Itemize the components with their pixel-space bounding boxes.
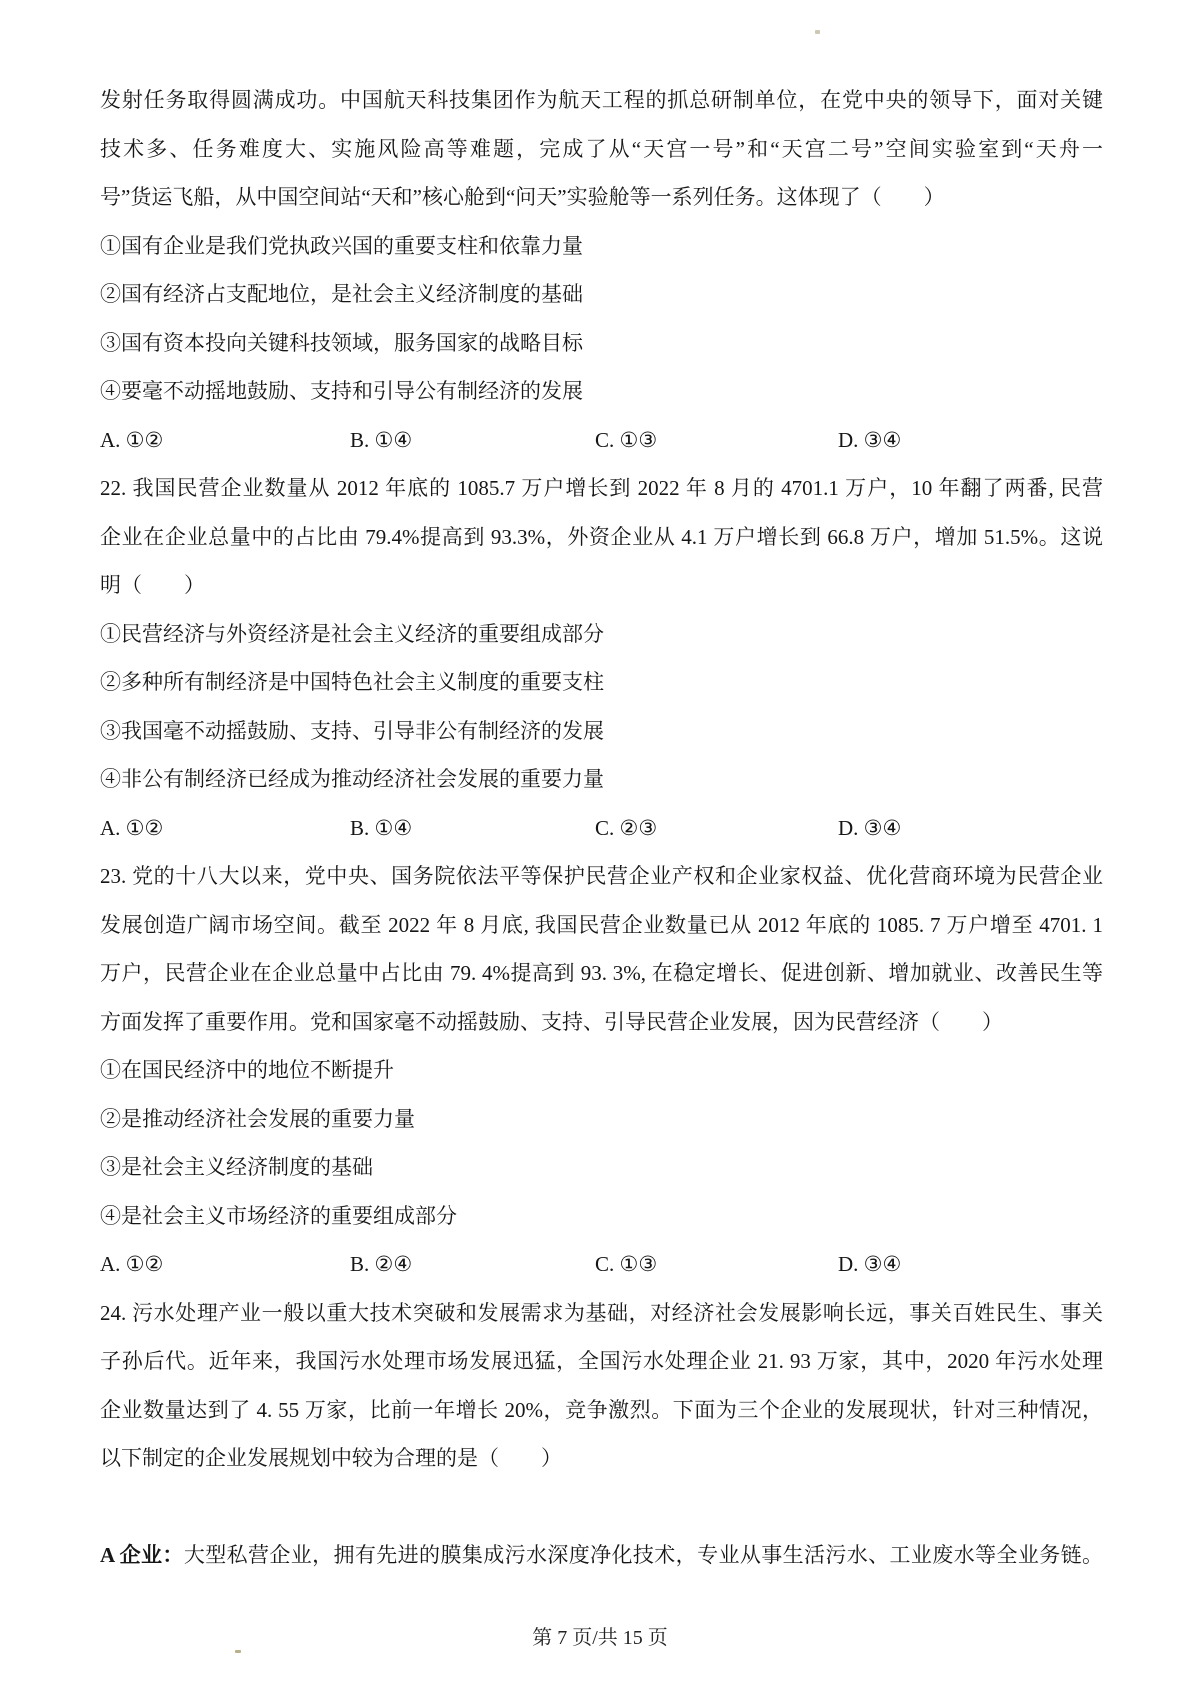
- q23-stem-line: 23. 党的十八大以来，党中央、国务院依法平等保护民营企业产权和企业家权益、优化…: [100, 852, 1103, 901]
- q21-choice-d: D. ③④: [838, 416, 1103, 465]
- q24-stem-line: 子孙后代。近年来，我国污水处理市场发展迅猛，全国污水处理企业 21. 93 万家…: [100, 1337, 1103, 1386]
- q23-option-1: ①在国民经济中的地位不断提升: [100, 1046, 1103, 1095]
- q21-option-1: ①国有企业是我们党执政兴国的重要支柱和依靠力量: [100, 222, 1103, 271]
- q21-choice-c: C. ①③: [595, 416, 838, 465]
- q23-choice-d: D. ③④: [838, 1240, 1103, 1289]
- q22-stem-line: 22. 我国民营企业数量从 2012 年底的 1085.7 万户增长到 2022…: [100, 464, 1103, 513]
- page-footer: 第 7 页/共 15 页: [0, 1616, 1200, 1660]
- exam-page: 发射任务取得圆满成功。中国航天科技集团作为航天工程的抓总研制单位，在党中央的领导…: [0, 0, 1200, 1698]
- q21-option-3: ③国有资本投向关键科技领域，服务国家的战略目标: [100, 319, 1103, 368]
- q21-stem-line: 发射任务取得圆满成功。中国航天科技集团作为航天工程的抓总研制单位，在党中央的领导…: [100, 76, 1103, 125]
- q21-stem-line: 技术多、任务难度大、实施风险高等难题，完成了从“天宫一号”和“天宫二号”空间实验…: [100, 125, 1103, 174]
- q21-choice-a: A. ①②: [100, 416, 350, 465]
- q23-stem-line: 方面发挥了重要作用。党和国家毫不动摇鼓励、支持、引导民营企业发展，因为民营经济（…: [100, 998, 1103, 1047]
- scan-speck: [815, 30, 820, 34]
- document-body: 发射任务取得圆满成功。中国航天科技集团作为航天工程的抓总研制单位，在党中央的领导…: [100, 76, 1103, 1580]
- q22-option-1: ①民营经济与外资经济是社会主义经济的重要组成部分: [100, 610, 1103, 659]
- q22-option-2: ②多种所有制经济是中国特色社会主义制度的重要支柱: [100, 658, 1103, 707]
- q21-option-4: ④要毫不动摇地鼓励、支持和引导公有制经济的发展: [100, 367, 1103, 416]
- q23-choices-row: A. ①② B. ②④ C. ①③ D. ③④: [100, 1240, 1103, 1289]
- q22-option-4: ④非公有制经济已经成为推动经济社会发展的重要力量: [100, 755, 1103, 804]
- q21-choices-row: A. ①② B. ①④ C. ①③ D. ③④: [100, 416, 1103, 465]
- q22-stem-line: 明（ ）: [100, 561, 1103, 610]
- q23-choice-a: A. ①②: [100, 1240, 350, 1289]
- q21-choice-b: B. ①④: [350, 416, 595, 465]
- q22-choice-b: B. ①④: [350, 804, 595, 853]
- q22-stem-line: 企业在企业总量中的占比由 79.4%提高到 93.3%，外资企业从 4.1 万户…: [100, 513, 1103, 562]
- q23-option-2: ②是推动经济社会发展的重要力量: [100, 1095, 1103, 1144]
- q24-stem-line: 24. 污水处理产业一般以重大技术突破和发展需求为基础，对经济社会发展影响长远，…: [100, 1289, 1103, 1338]
- q22-choice-a: A. ①②: [100, 804, 350, 853]
- q23-stem-line: 万户，民营企业在企业总量中占比由 79. 4%提高到 93. 3%, 在稳定增长…: [100, 949, 1103, 998]
- blank-line: [100, 1483, 1103, 1532]
- q22-choice-d: D. ③④: [838, 804, 1103, 853]
- company-a-label: A 企业：: [100, 1543, 184, 1567]
- q23-option-3: ③是社会主义经济制度的基础: [100, 1143, 1103, 1192]
- q23-option-4: ④是社会主义市场经济的重要组成部分: [100, 1192, 1103, 1241]
- q21-stem-line: 号”货运飞船，从中国空间站“天和”核心舱到“问天”实验舱等一系列任务。这体现了（…: [100, 173, 1103, 222]
- q22-choices-row: A. ①② B. ①④ C. ②③ D. ③④: [100, 804, 1103, 853]
- q22-option-3: ③我国毫不动摇鼓励、支持、引导非公有制经济的发展: [100, 707, 1103, 756]
- q23-stem-line: 发展创造广阔市场空间。截至 2022 年 8 月底, 我国民营企业数量已从 20…: [100, 901, 1103, 950]
- q21-option-2: ②国有经济占支配地位，是社会主义经济制度的基础: [100, 270, 1103, 319]
- q23-choice-c: C. ①③: [595, 1240, 838, 1289]
- q24-company-a-line: A 企业：大型私营企业，拥有先进的膜集成污水深度净化技术，专业从事生活污水、工业…: [100, 1531, 1103, 1580]
- company-a-desc: 大型私营企业，拥有先进的膜集成污水深度净化技术，专业从事生活污水、工业废水等全业…: [184, 1543, 1103, 1567]
- q22-choice-c: C. ②③: [595, 804, 838, 853]
- q23-choice-b: B. ②④: [350, 1240, 595, 1289]
- q24-stem-line: 企业数量达到了 4. 55 万家，比前一年增长 20%，竞争激烈。下面为三个企业…: [100, 1386, 1103, 1435]
- q24-stem-line: 以下制定的企业发展规划中较为合理的是（ ）: [100, 1434, 1103, 1483]
